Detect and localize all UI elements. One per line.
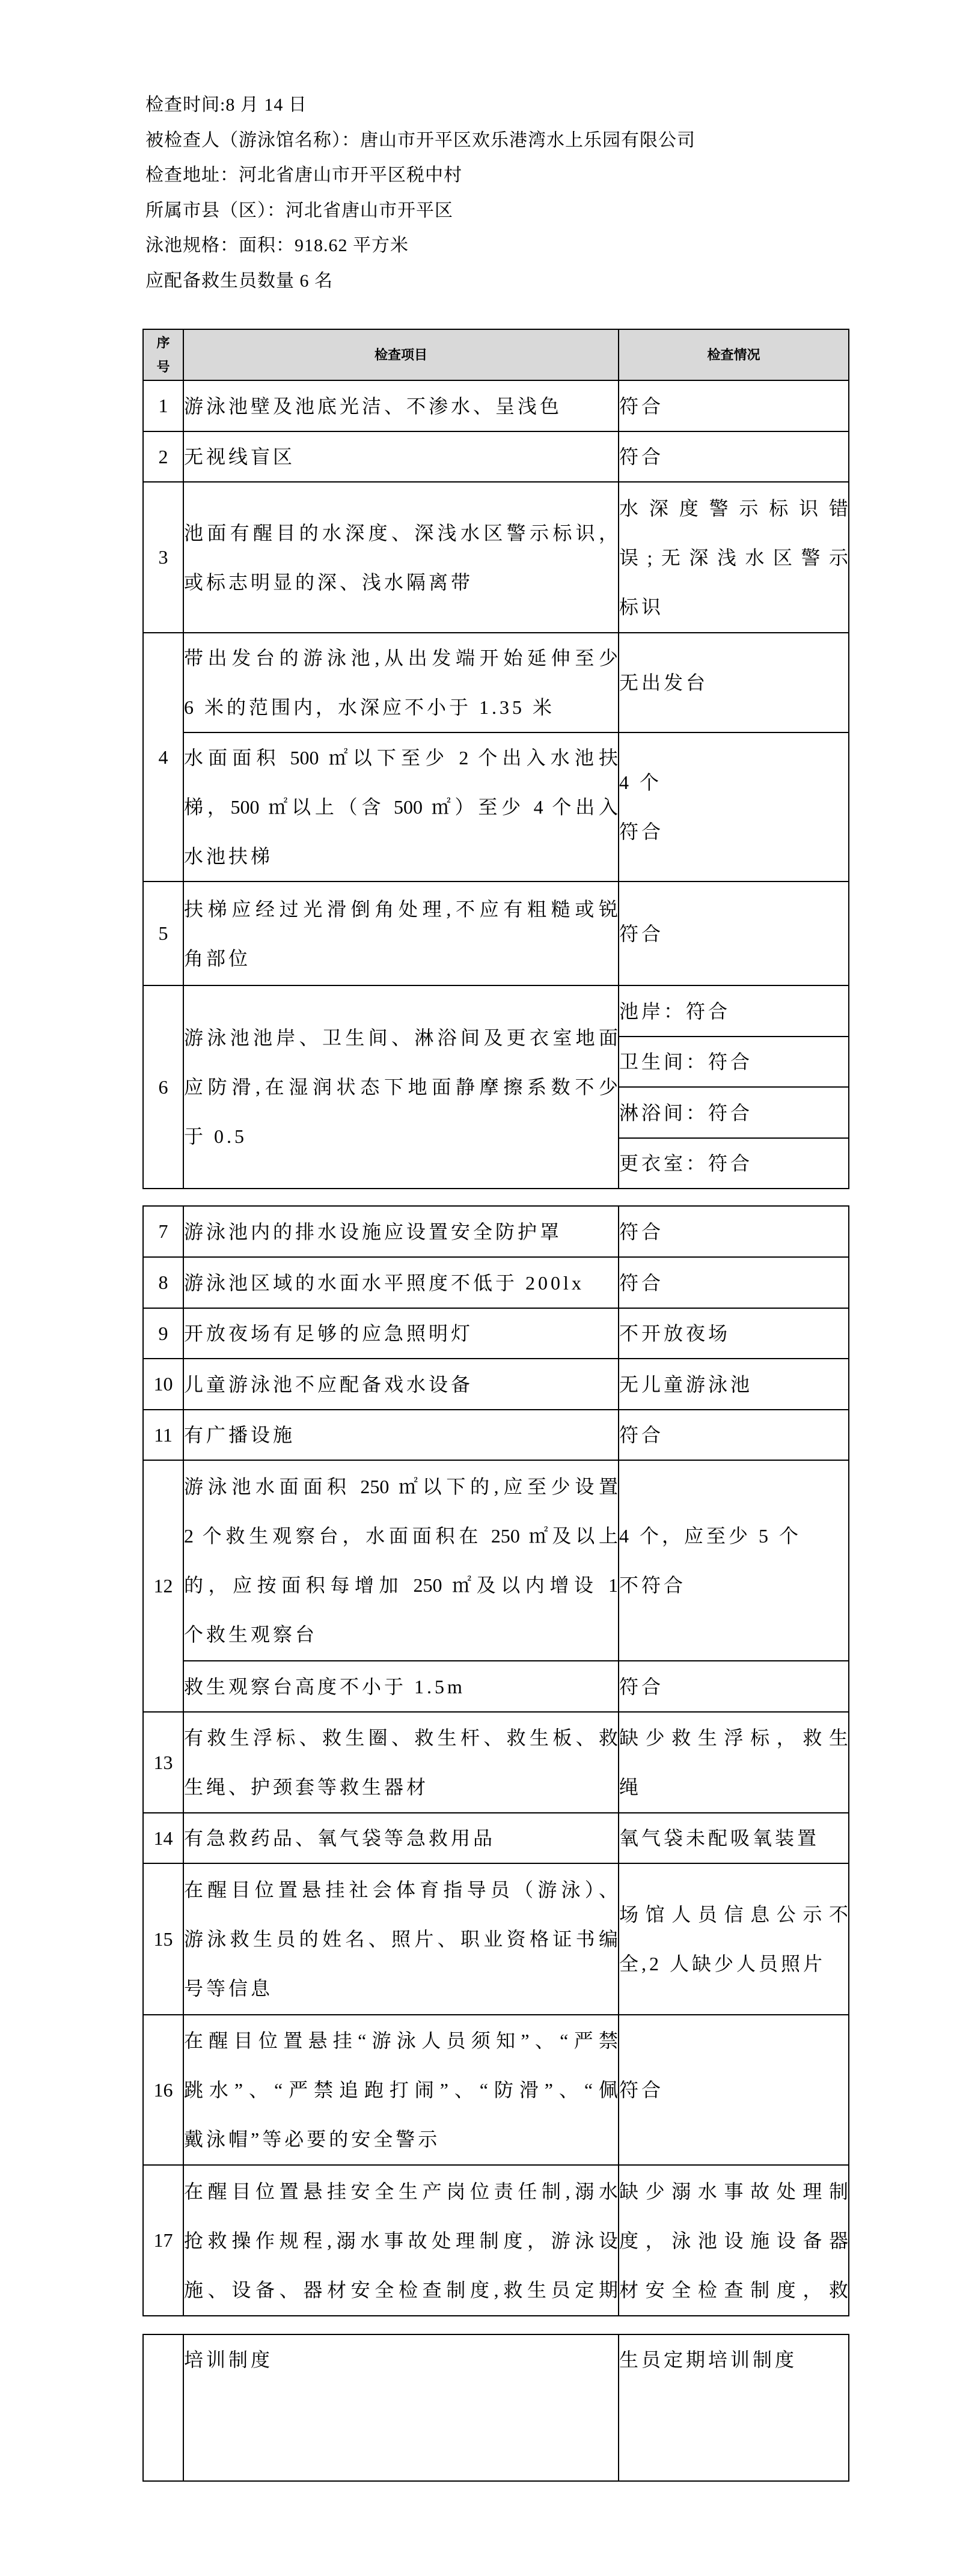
inspection-result-locker-room: 更衣室：符合	[619, 1138, 849, 1189]
row-number: 16	[143, 2015, 183, 2165]
table-row: 13 有救生浮标、救生圈、救生杆、救生板、救 生绳、护颈套等救生器材 缺少救生浮…	[143, 1712, 849, 1813]
table-header-row: 序 号 检查项目 检查情况	[143, 329, 849, 380]
inspection-item: 游泳池壁及池底光洁、不渗水、呈浅色	[183, 380, 619, 431]
inspection-item: 儿童游泳池不应配备戏水设备	[183, 1359, 619, 1410]
row-number: 4	[143, 633, 183, 882]
table-row: 5 扶梯应经过光滑倒角处理,不应有粗糙或锐 角部位 符合	[143, 882, 849, 985]
inspection-result: 符合	[619, 882, 849, 985]
table-row: 4 带出发台的游泳池,从出发端开始延伸至少 6 米的范围内，水深应不小于 1.3…	[143, 633, 849, 732]
row-number: 15	[143, 1863, 183, 2015]
inspection-item-continued: 培训制度	[183, 2334, 619, 2481]
table-row: 7 游泳池内的排水设施应设置安全防护罩 符合	[143, 1206, 849, 1257]
table-row: 11 有广播设施 符合	[143, 1410, 849, 1460]
inspection-result: 符合	[619, 431, 849, 482]
table-row: 8 游泳池区域的水面水平照度不低于 200lx 符合	[143, 1257, 849, 1308]
header-check: 检查情况	[619, 329, 849, 380]
inspection-result: 符合	[619, 1257, 849, 1308]
inspection-result-restroom: 卫生间：符合	[619, 1037, 849, 1087]
inspection-result: 符合	[619, 1410, 849, 1460]
table-row: 12 游泳池水面面积 250 ㎡以下的,应至少设置 2 个救生观察台，水面面积在…	[143, 1460, 849, 1661]
inspection-item: 池面有醒目的水深度、深浅水区警示标识， 或标志明显的深、浅水隔离带	[183, 482, 619, 633]
inspection-item: 无视线盲区	[183, 431, 619, 482]
row-number: 14	[143, 1813, 183, 1863]
inspection-item: 有急救药品、氧气袋等急救用品	[183, 1813, 619, 1863]
inspection-item: 游泳池水面面积 250 ㎡以下的,应至少设置 2 个救生观察台，水面面积在 25…	[183, 1460, 619, 1661]
inspection-address: 检查地址：河北省唐山市开平区税中村	[145, 158, 696, 193]
inspection-item: 在醒目位置悬挂“游泳人员须知”、“严禁 跳水”、“严禁追跑打闹”、“防滑”、“佩…	[183, 2015, 619, 2165]
inspection-result: 无出发台	[619, 633, 849, 732]
inspected-party: 被检查人（游泳馆名称）：唐山市开平区欢乐港湾水上乐园有限公司	[145, 123, 696, 159]
row-number: 17	[143, 2165, 183, 2316]
row-number: 7	[143, 1206, 183, 1257]
header-no: 序 号	[143, 329, 183, 380]
inspection-item: 有广播设施	[183, 1410, 619, 1460]
table-row: 9 开放夜场有足够的应急照明灯 不开放夜场	[143, 1308, 849, 1359]
row-number: 9	[143, 1308, 183, 1359]
row-number: 5	[143, 882, 183, 985]
table-row: 1 游泳池壁及池底光洁、不渗水、呈浅色 符合	[143, 380, 849, 431]
inspection-result-shower: 淋浴间：符合	[619, 1087, 849, 1138]
inspection-result: 无儿童游泳池	[619, 1359, 849, 1410]
inspection-result: 水深度警示标识错 误;无深浅水区警示 标识	[619, 482, 849, 633]
inspection-result-pool-deck: 池岸：符合	[619, 985, 849, 1037]
inspection-result: 不开放夜场	[619, 1308, 849, 1359]
table-row: 10 儿童游泳池不应配备戏水设备 无儿童游泳池	[143, 1359, 849, 1410]
inspection-result: 4 个 符合	[619, 732, 849, 882]
row-number: 3	[143, 482, 183, 633]
row-number: 8	[143, 1257, 183, 1308]
inspection-result-continued: 生员定期培训制度	[619, 2334, 849, 2481]
table-row: 2 无视线盲区 符合	[143, 431, 849, 482]
row-number: 2	[143, 431, 183, 482]
inspection-item: 在醒目位置悬挂社会体育指导员（游泳）、 游泳救生员的姓名、照片、职业资格证书编 …	[183, 1863, 619, 2015]
table-row: 15 在醒目位置悬挂社会体育指导员（游泳）、 游泳救生员的姓名、照片、职业资格证…	[143, 1863, 849, 2015]
district: 所属市县（区）：河北省唐山市开平区	[145, 193, 696, 229]
inspection-result: 符合	[619, 2015, 849, 2165]
row-number: 10	[143, 1359, 183, 1410]
inspection-result: 缺少救生浮标，救生 绳	[619, 1712, 849, 1813]
table-subrow: 水面面积 500 ㎡以下至少 2 个出入水池扶 梯，500 ㎡以上（含 500 …	[143, 732, 849, 882]
inspection-item: 游泳池内的排水设施应设置安全防护罩	[183, 1206, 619, 1257]
row-number: 1	[143, 380, 183, 431]
row-number: 11	[143, 1410, 183, 1460]
table-subrow: 救生观察台高度不小于 1.5m 符合	[143, 1661, 849, 1712]
inspection-result: 符合	[619, 380, 849, 431]
inspection-table-part-1: 序 号 检查项目 检查情况 1 游泳池壁及池底光洁、不渗水、呈浅色 符合 2 无…	[142, 329, 849, 1189]
table-row-continued: 培训制度 生员定期培训制度	[143, 2334, 849, 2481]
inspection-item: 游泳池区域的水面水平照度不低于 200lx	[183, 1257, 619, 1308]
inspection-result: 缺少溺水事故处理制 度，泳池设施设备器 材安全检查制度，救	[619, 2165, 849, 2316]
inspection-time: 检查时间:8 月 14 日	[145, 88, 696, 123]
inspection-item: 有救生浮标、救生圈、救生杆、救生板、救 生绳、护颈套等救生器材	[183, 1712, 619, 1813]
pool-spec: 泳池规格：面积：918.62 平方米	[145, 228, 696, 264]
inspection-result: 氧气袋未配吸氧装置	[619, 1813, 849, 1863]
inspection-item: 游泳池池岸、卫生间、淋浴间及更衣室地面 应防滑,在湿润状态下地面静摩擦系数不少 …	[183, 985, 619, 1189]
row-number: 12	[143, 1460, 183, 1712]
inspection-result: 场馆人员信息公示不 全,2 人缺少人员照片	[619, 1863, 849, 2015]
inspection-item: 水面面积 500 ㎡以下至少 2 个出入水池扶 梯，500 ㎡以上（含 500 …	[183, 732, 619, 882]
row-number-empty	[143, 2334, 183, 2481]
inspection-item: 带出发台的游泳池,从出发端开始延伸至少 6 米的范围内，水深应不小于 1.35 …	[183, 633, 619, 732]
inspection-info: 检查时间:8 月 14 日 被检查人（游泳馆名称）：唐山市开平区欢乐港湾水上乐园…	[145, 88, 696, 299]
lifeguards-required: 应配备救生员数量 6 名	[145, 264, 696, 299]
inspection-table-part-2: 7 游泳池内的排水设施应设置安全防护罩 符合 8 游泳池区域的水面水平照度不低于…	[142, 1205, 849, 2316]
inspection-item: 扶梯应经过光滑倒角处理,不应有粗糙或锐 角部位	[183, 882, 619, 985]
table-row: 14 有急救药品、氧气袋等急救用品 氧气袋未配吸氧装置	[143, 1813, 849, 1863]
inspection-item: 救生观察台高度不小于 1.5m	[183, 1661, 619, 1712]
table-row: 6 游泳池池岸、卫生间、淋浴间及更衣室地面 应防滑,在湿润状态下地面静摩擦系数不…	[143, 985, 849, 1037]
row-number: 13	[143, 1712, 183, 1813]
inspection-result: 符合	[619, 1661, 849, 1712]
inspection-result: 符合	[619, 1206, 849, 1257]
header-item: 检查项目	[183, 329, 619, 380]
table-row: 3 池面有醒目的水深度、深浅水区警示标识， 或标志明显的深、浅水隔离带 水深度警…	[143, 482, 849, 633]
inspection-item: 在醒目位置悬挂安全生产岗位责任制,溺水 抢救操作规程,溺水事故处理制度，游泳设 …	[183, 2165, 619, 2316]
table-row: 17 在醒目位置悬挂安全生产岗位责任制,溺水 抢救操作规程,溺水事故处理制度，游…	[143, 2165, 849, 2316]
row-number: 6	[143, 985, 183, 1189]
inspection-table-part-3: 培训制度 生员定期培训制度	[142, 2334, 849, 2482]
table-row: 16 在醒目位置悬挂“游泳人员须知”、“严禁 跳水”、“严禁追跑打闹”、“防滑”…	[143, 2015, 849, 2165]
inspection-item: 开放夜场有足够的应急照明灯	[183, 1308, 619, 1359]
inspection-result: 4 个，应至少 5 个 不符合	[619, 1460, 849, 1661]
